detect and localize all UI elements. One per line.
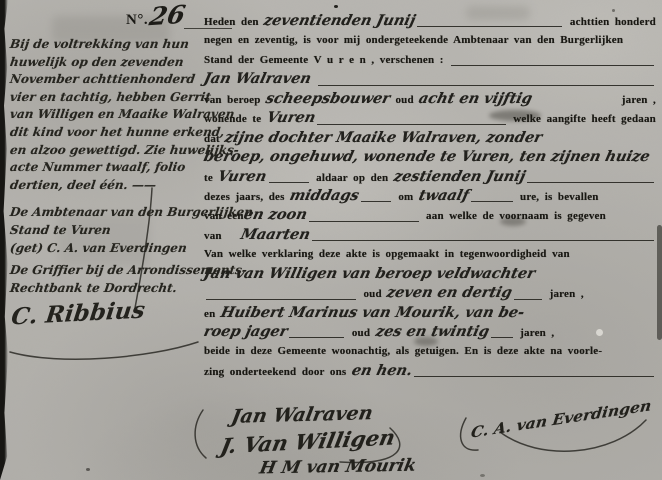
handwritten-text: scheepsbouwer (264, 90, 392, 107)
signature-van-everdingen: C. A. van Everdingen (470, 396, 652, 441)
margin-note-line: huwelijk op den zevenden (9, 54, 205, 72)
printed-text: dat (204, 130, 225, 149)
margin-note-line: acte Nummer twaalf, folio (9, 159, 205, 177)
handwritten-text: Vuren (216, 168, 268, 185)
margin-attestation: (get) C. A. van Everdingen (9, 240, 188, 258)
printed-text: beide in deze Gemeente woonachtig, als g… (204, 342, 602, 361)
ruled-blank-line (471, 201, 513, 202)
handwritten-text: zijne dochter Maaike Walraven, zonder (223, 129, 544, 146)
scan-edge-right (657, 225, 662, 340)
handwritten-text: Jan Walraven (202, 70, 318, 87)
signature-van-mourik: H M van Mourik (258, 456, 418, 479)
ruled-blank-line (269, 182, 309, 183)
handwritten-text: Jan van Willigen van beroep veldwachter (202, 265, 537, 282)
ruled-blank-line (312, 240, 654, 241)
printed-text: oud (358, 285, 387, 304)
printed-text: oud (346, 324, 375, 343)
act-line: Heden den zeventienden Junij achttien ho… (204, 12, 656, 31)
ruled-blank-line (318, 85, 654, 86)
act-line: te Vuren aldaar op den zestienden Junij (204, 168, 656, 187)
margin-note-line: De Griffier bij de Arrondissements- (9, 262, 211, 280)
printed-text: jaren , (515, 324, 555, 343)
act-number-label: N°. (126, 13, 148, 28)
signature-van-willigen: J. Van Willigen (219, 425, 398, 459)
margin-note: Bij de voltrekking van hunhuwelijk op de… (10, 36, 204, 194)
act-line: dat zijne dochter Maaike Walraven, zonde… (204, 129, 656, 148)
margin-note-line: vier en tachtig, hebben Gerrit (9, 89, 205, 107)
handwritten-text: acht en vijftig (417, 90, 534, 107)
printed-text: Stand der Gemeente V u r e n , verschene… (204, 51, 449, 70)
act-line: Stand der Gemeente V u r e n , verschene… (204, 51, 656, 70)
ink-speck (334, 5, 338, 8)
ruled-blank-line (414, 376, 654, 377)
margin-signature-ribbius: C. Ribbius (10, 299, 146, 329)
ruled-blank-line (491, 337, 513, 338)
margin-note-line: dit kind voor het hunne erkend, (9, 124, 205, 142)
act-line: beide in deze Gemeente woonachtig, als g… (204, 342, 656, 361)
act-line: oud zeven en dertig jaren , (204, 284, 656, 303)
printed-text: ure, is bevallen (515, 188, 599, 207)
margin-note-line: en alzoo gewettigd. Zie huwelijks- (9, 142, 205, 160)
handwritten-text: Maarten (239, 226, 312, 243)
handwritten-text: Huibert Marinus van Mourik, van be- (219, 304, 526, 321)
act-line: en Huibert Marinus van Mourik, van be- (204, 304, 656, 323)
handwritten-text: roep jager (202, 323, 289, 340)
signature-jan-walraven: Jan Walraven (230, 402, 375, 428)
act-line: beroep, ongehuwd, wonende te Vuren, ten … (204, 148, 656, 167)
handwritten-text: Vuren (265, 109, 317, 126)
act-line: Jan Walraven (204, 70, 656, 89)
act-line: Van welke verklaring deze akte is opgema… (204, 245, 656, 264)
handwritten-text: twaalf (417, 187, 471, 204)
act-line: van Maarten (204, 226, 656, 245)
act-line: van beroep scheepsbouwer oud acht en vij… (204, 90, 656, 109)
act-line: van eenen zoon aan welke de voornaam is … (204, 206, 656, 225)
margin-note-line: van Willigen en Maaike Walraven (9, 106, 205, 124)
ruled-blank-line (451, 65, 654, 66)
ruled-blank-line (417, 26, 562, 27)
handwritten-text: zeven en dertig (385, 284, 514, 301)
ink-speck (86, 468, 90, 471)
margin-griffier: De Griffier bij de Arrondissements-Recht… (10, 262, 210, 297)
handwritten-text: beroep, ongehuwd, wonende te Vuren, ten … (202, 148, 652, 165)
ruled-blank-line (361, 201, 391, 202)
ruled-blank-line (206, 299, 356, 300)
act-line: zing onderteekend door ons en hen. (204, 362, 656, 381)
margin-note-line: Bij de voltrekking van hun (9, 36, 205, 54)
printed-text: van (204, 227, 227, 246)
margin-note-line: De Ambtenaar van den Burgerlijken (9, 204, 205, 222)
ruled-blank-line (317, 124, 506, 125)
margin-note-line: dertien, deel één. —— (9, 177, 205, 195)
printed-text: Heden den (204, 13, 264, 32)
act-line: Jan van Willigen van beroep veldwachter (204, 265, 656, 284)
body-lines: Heden den zeventienden Junij achttien ho… (204, 12, 656, 381)
printed-text: negen en zeventig, is voor mij ondergete… (204, 31, 623, 50)
printed-text: oud (390, 91, 419, 110)
printed-text: te (204, 169, 218, 188)
printed-text: wonende te (204, 110, 267, 129)
ruled-blank-line (289, 337, 344, 338)
ruled-blank-line (514, 299, 542, 300)
printed-text: van beroep (204, 91, 266, 110)
printed-text: aldaar op den (311, 169, 394, 188)
printed-text: jaren , (622, 91, 656, 110)
handwritten-text: zestienden Junij (392, 168, 527, 185)
printed-text: zing onderteekend door ons (204, 363, 352, 382)
printed-text: welke aangifte heeft gedaan (508, 110, 656, 129)
ruled-blank-line (527, 182, 654, 183)
printed-text: van een (204, 207, 244, 226)
printed-text: aan welke de voornaam is gegeven (421, 207, 606, 226)
handwritten-text: en zoon (242, 206, 309, 223)
ruled-blank-line (309, 221, 419, 222)
margin-note-line: November achttienhonderd (9, 71, 205, 89)
handwritten-text: en hen. (350, 362, 414, 379)
act-line: roep jager oud zes en twintig jaren , (204, 323, 656, 342)
handwritten-text: zeventienden Junij (262, 12, 417, 29)
printed-text: en (204, 305, 221, 324)
handwritten-text: middags (288, 187, 361, 204)
margin-note-line: Stand te Vuren (9, 222, 205, 240)
printed-text: om (393, 188, 419, 207)
margin-officials: De Ambtenaar van den BurgerlijkenStand t… (10, 204, 204, 239)
act-line: dezes jaars, des middags om twaalf ure, … (204, 187, 656, 206)
scanned-birth-certificate: N°. 26 Bij de voltrekking van hunhuwelij… (0, 0, 662, 480)
ink-speck (480, 474, 485, 477)
act-line: negen en zeventig, is voor mij ondergete… (204, 31, 656, 50)
margin-note-line: Rechtbank te Dordrecht. (9, 280, 211, 298)
scan-edge-left (0, 0, 8, 480)
act-line: wonende te Vuren welke aangifte heeft ge… (204, 109, 656, 128)
printed-text: Van welke verklaring deze akte is opgema… (204, 245, 570, 264)
printed-text: jaren , (544, 285, 584, 304)
act-number-handwritten: 26 (148, 2, 188, 29)
printed-text: achttien honderd (564, 13, 656, 32)
handwritten-text: zes en twintig (374, 323, 491, 340)
printed-text: dezes jaars, des (204, 188, 290, 207)
